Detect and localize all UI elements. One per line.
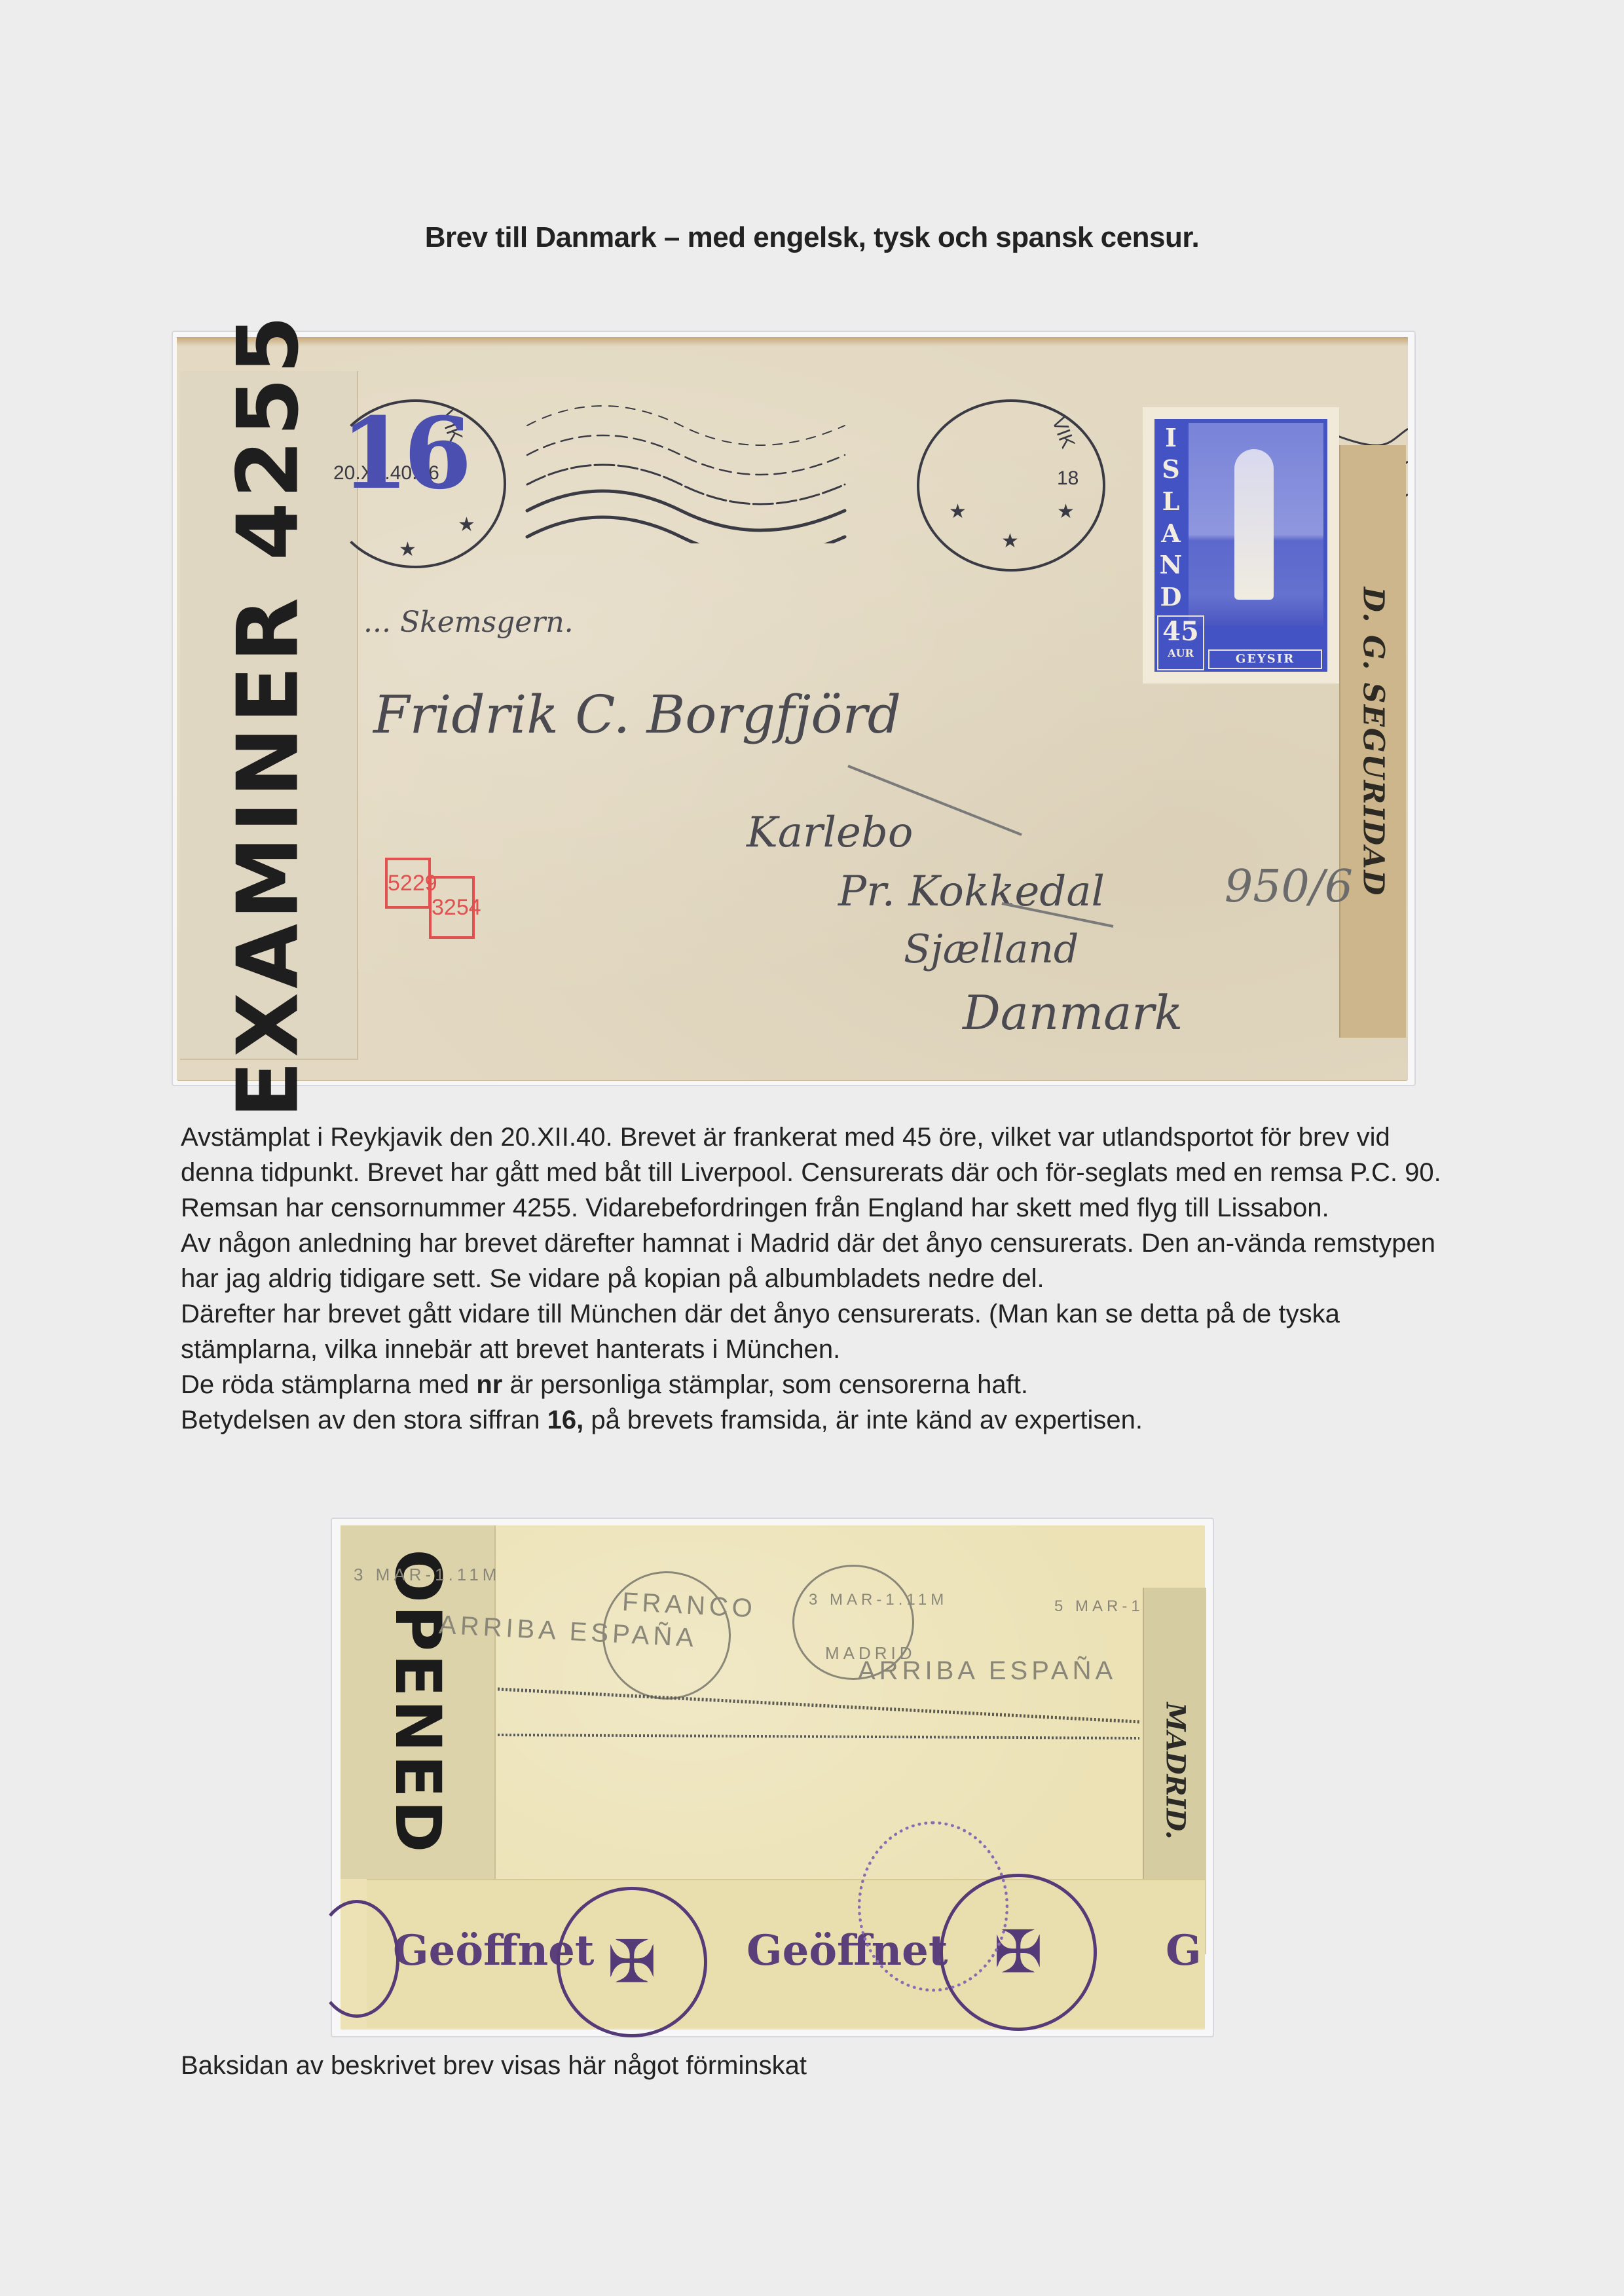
postmark-right-date: 18 [1057,467,1079,490]
opened-strip-text: OPENED [381,1549,454,1855]
postmark-right: 18 VIK ★ ★ ★ [917,399,1105,572]
envelope-front: EXAMINER 4255 20.XII.40.16 VIK ★ ★ 16 18… [177,337,1408,1080]
censor-strip-text: EXAMINER 4255 [220,312,318,1118]
censor-strip-seguridad: D. G. SEGURIDAD [1339,445,1406,1038]
stamp-country: ISLAND [1157,422,1185,613]
description-paragraph: Avstämplat i Reykjavik den 20.XII.40. Br… [181,1120,1464,1226]
stamp-unit: AUR [1158,647,1203,659]
star-icon: ★ [1057,500,1075,523]
stamp-value-box: 45 AUR [1157,615,1204,670]
star-icon: ★ [399,538,416,561]
stamp-value: 45 [1158,617,1203,647]
stamp-country-letter: L [1162,486,1180,516]
stamp-country-letter: N [1160,550,1183,579]
geyser-icon [1234,449,1274,600]
stamp-name: GEYSIR [1208,649,1322,669]
stamp-country-letter: D [1160,582,1182,611]
red-marks-note: De röda stämplarna med nr är personliga … [181,1367,1464,1402]
stamp-design: ISLAND 45 AUR GEYSIR [1154,419,1327,672]
back-caption: Baksidan av beskrivet brev visas här någ… [181,2051,807,2081]
madrid-postmark-date: 3 MAR-1.11M [354,1565,500,1585]
number-16-handstamp: 16 [341,396,467,511]
madrid-postmark-circle [792,1565,914,1680]
description: Avstämplat i Reykjavik den 20.XII.40. Br… [181,1120,1464,1438]
address-line-5: Sjælland [904,926,1079,972]
description-paragraph: Därefter har brevet gått vidare till Mün… [181,1296,1464,1367]
address-line-1: ... Skemsgern. [363,606,574,639]
stamp-country-letter: S [1162,454,1179,484]
description-paragraph: Av någon anledning har brevet därefter h… [181,1226,1464,1296]
wehrmacht-handstamp-faint [858,1821,1008,1992]
zigzag-cancel [498,1676,1139,1748]
stamp-geyser-picture [1189,423,1323,626]
star-icon: ★ [458,513,475,536]
seguridad-strip-text: D. G. SEGURIDAD [1357,587,1390,896]
postage-stamp: ISLAND 45 AUR GEYSIR [1143,407,1339,683]
geoeffnet-text-partial: G [1166,1926,1202,1975]
pencil-strike [845,763,1120,933]
pencil-note: 950/6 [1225,861,1353,913]
eagle-icon: ✠ [607,1928,656,1997]
star-icon: ★ [949,500,967,523]
stamp-country-letter: I [1165,423,1177,452]
postmark-right-city: VIK [1047,414,1079,451]
page-title: Brev till Danmark – med engelsk, tysk oc… [0,221,1624,254]
stamp-country-letter: A [1161,519,1180,548]
star-icon: ★ [1001,530,1019,553]
number-16-note: Betydelsen av den stora siffran 16, på b… [181,1402,1464,1438]
wehrmacht-handstamp-partial [314,1900,399,2018]
machine-cancel-waves [524,399,851,543]
censor-strip-geoeffnet: Geöffnet Geöffnet G ✠ ✠ [367,1879,1205,2028]
madrid-strip-text: MADRID. [1160,1702,1190,1839]
envelope-back: OPENED 3 MAR-1.11M ARRIBA ESPAÑA FRANCO … [341,1525,1205,2030]
envelope-edge [177,337,1408,346]
wehrmacht-handstamp: ✠ [557,1887,707,2037]
address-line-6: Danmark [963,985,1183,1040]
address-line-2: Fridrik C. Borgfjörd [373,684,901,745]
red-censor-mark-2: 3254 [429,876,475,939]
red-censor-mark-1: 5229 [385,858,431,909]
